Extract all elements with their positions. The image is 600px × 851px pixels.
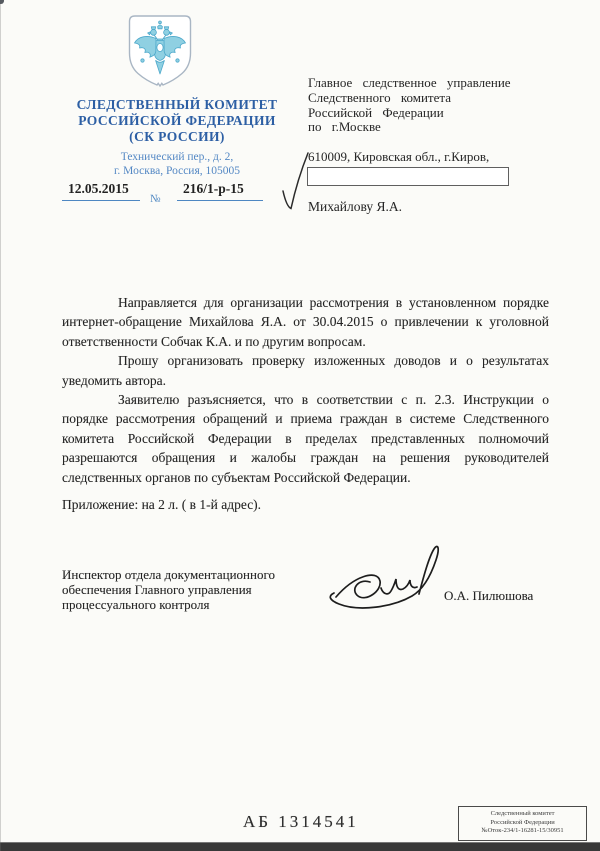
stamp-line: Следственный комитет: [459, 810, 586, 819]
scan-edge-line: [0, 0, 1, 851]
sender-org-name: СЛЕДСТВЕННЫЙ КОМИТЕТ РОССИЙСКОЙ ФЕДЕРАЦИ…: [56, 97, 298, 145]
russia-coat-of-arms-icon: [127, 14, 193, 90]
stamp-line: №Оток-234/1-16281-15/30951: [459, 827, 586, 836]
recipient-org-line: Следственного комитета: [308, 91, 568, 106]
form-serial-number: АБ 1314541: [243, 812, 359, 832]
scanned-letter-page: СЛЕДСТВЕННЫЙ КОМИТЕТ РОССИЙСКОЙ ФЕДЕРАЦИ…: [0, 0, 600, 851]
sender-org-line: РОССИЙСКОЙ ФЕДЕРАЦИИ: [56, 113, 298, 129]
handwritten-check-icon: [279, 149, 311, 217]
body-paragraph: Заявителю разъясняется, что в соответств…: [62, 390, 549, 487]
checkmark-mark: [279, 149, 311, 217]
redacted-address-box: [307, 167, 509, 186]
recipient-org: Главное следственное управление Следстве…: [308, 76, 568, 135]
sender-org-line: СЛЕДСТВЕННЫЙ КОМИТЕТ: [56, 97, 298, 113]
sender-address: Технический пер., д. 2, г. Москва, Росси…: [56, 150, 298, 178]
signer-title-line: Инспектор отдела документационного: [62, 568, 337, 583]
signer-name: О.А. Пилюшова: [444, 588, 533, 604]
sender-address-line: Технический пер., д. 2,: [56, 150, 298, 164]
recipient-name: Михайлову Я.А.: [308, 199, 568, 215]
body-paragraph: Направляется для организации рассмотрени…: [62, 293, 549, 351]
letter-body: Направляется для организации рассмотрени…: [62, 293, 549, 487]
recipient-org-line: Российской Федерации: [308, 106, 568, 121]
number-underline: [177, 200, 263, 201]
signer-title: Инспектор отдела документационного обесп…: [62, 568, 337, 612]
number-sign: №: [150, 193, 161, 205]
letter-date: 12.05.2015: [68, 181, 129, 197]
attachment-note: Приложение: на 2 л. ( в 1-й адрес).: [62, 497, 462, 513]
coat-of-arms-emblem: [127, 14, 193, 90]
scan-corner-speck: [0, 0, 4, 4]
registration-stamp: Следственный комитет Российской Федераци…: [458, 806, 587, 841]
body-paragraph: Прошу организовать проверку изложенных д…: [62, 351, 549, 390]
stamp-line: Российской Федерации: [459, 819, 586, 828]
sender-org-line: (СК РОССИИ): [56, 129, 298, 145]
date-underline: [62, 200, 140, 201]
handwritten-signature-icon: [320, 540, 452, 624]
signature-scribble: [320, 540, 452, 624]
sender-address-line: г. Москва, Россия, 105005: [56, 164, 298, 178]
recipient-address: 610009, Кировская обл., г.Киров,: [308, 149, 568, 165]
signer-title-line: процессуального контроля: [62, 598, 337, 613]
signer-title-line: обеспечения Главного управления: [62, 583, 337, 598]
letter-number: 216/1-р-15: [183, 181, 244, 197]
recipient-org-line: Главное следственное управление: [308, 76, 568, 91]
scan-edge-band: [0, 842, 600, 851]
recipient-org-line: по г.Москве: [308, 120, 568, 135]
